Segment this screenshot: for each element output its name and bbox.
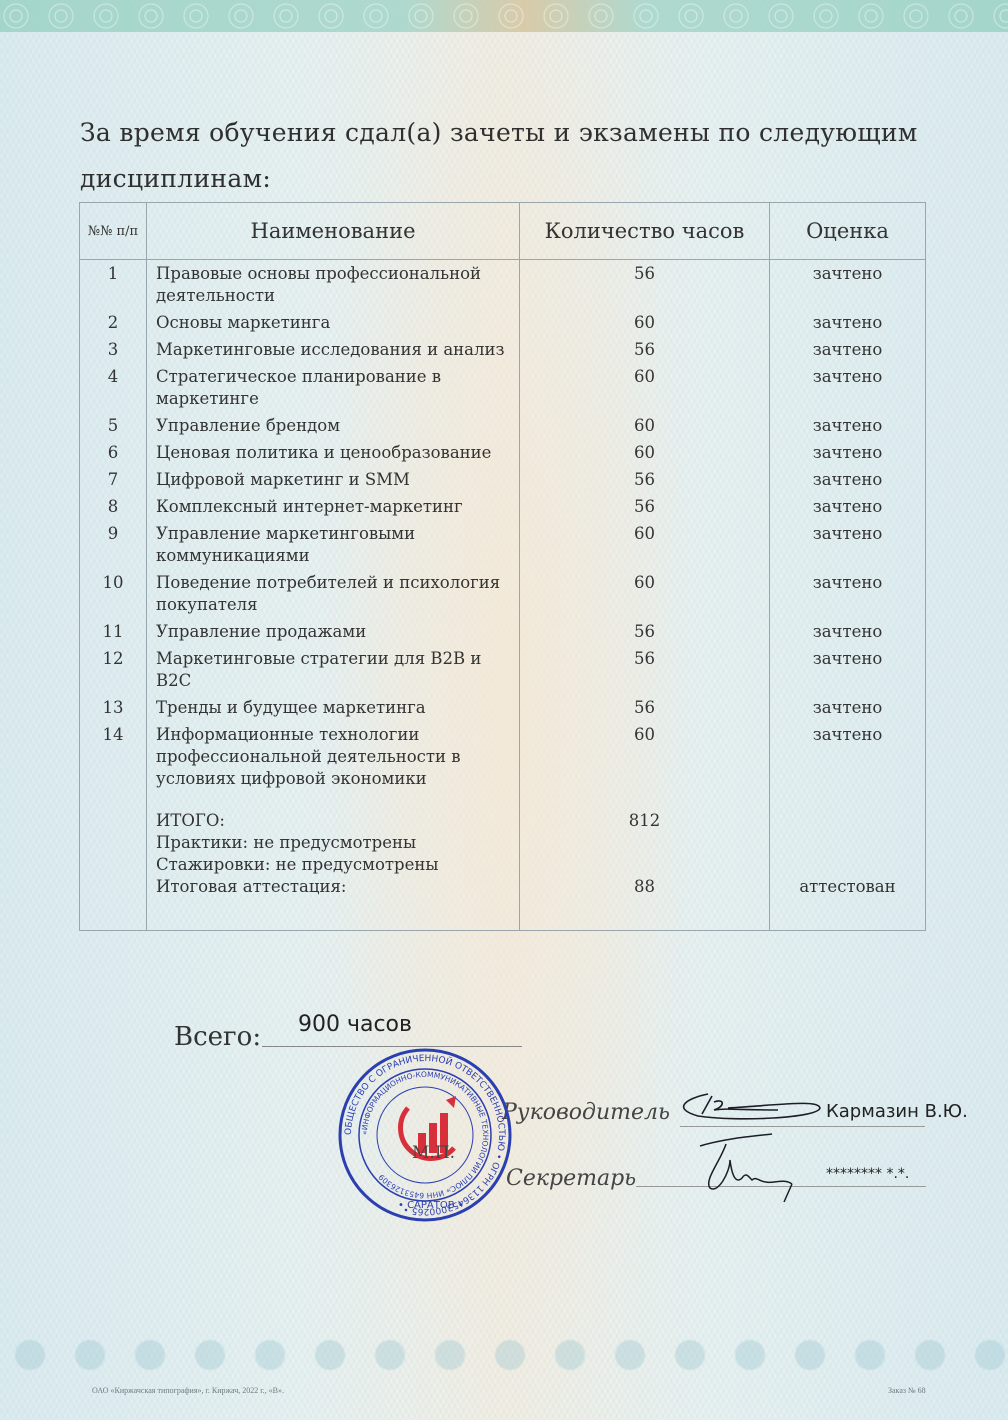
row-number: 9 [80,520,147,569]
row-grade: зачтено [770,336,926,363]
table-row: 8Комплексный интернет-маркетинг56зачтено [80,493,926,520]
row-discipline-name: Комплексный интернет-маркетинг [147,493,520,520]
header-name: Наименование [147,203,520,260]
summary-name-cell: ИТОГО: Практики: не предусмотрены Стажир… [147,792,520,931]
table-row: 1Правовые основы профессиональной деятел… [80,260,926,310]
row-grade: зачтено [770,412,926,439]
summary-row: ИТОГО: Практики: не предусмотрены Стажир… [80,792,926,931]
practice-text: Практики: не предусмотрены [156,832,509,854]
row-grade: зачтено [770,466,926,493]
row-hours: 60 [520,363,770,412]
row-number: 10 [80,569,147,618]
row-discipline-name: Ценовая политика и ценообразование [147,439,520,466]
summary-num-cell [80,792,147,931]
row-number: 11 [80,618,147,645]
row-discipline-name: Маркетинговые стратегии для B2B и B2C [147,645,520,694]
row-hours: 60 [520,412,770,439]
total-underline [262,1046,522,1047]
table-row: 11Управление продажами56зачтено [80,618,926,645]
row-discipline-name: Тренды и будущее маркетинга [147,694,520,721]
table-header-row: №№ п/п Наименование Количество часов Оце… [80,203,926,260]
table-row: 14Информационные технологии профессионал… [80,721,926,792]
organization-stamp-icon: ОБЩЕСТВО С ОГРАНИЧЕННОЙ ОТВЕТСТВЕННОСТЬЮ… [338,1048,512,1222]
table-row: 7Цифровой маркетинг и SMM56зачтено [80,466,926,493]
row-number: 14 [80,721,147,792]
row-number: 7 [80,466,147,493]
row-discipline-name: Правовые основы профессиональной деятель… [147,260,520,310]
row-number: 12 [80,645,147,694]
head-name: Кармазин В.Ю. [826,1101,968,1122]
row-grade: зачтено [770,618,926,645]
summary-hours-cell: 812 88 [520,792,770,931]
secretary-name: ******** *.*. [826,1166,909,1182]
spacer [770,810,925,832]
final-hours: 88 [520,876,769,898]
row-number: 5 [80,412,147,439]
table-row: 9Управление маркетинговыми коммуникациям… [80,520,926,569]
total-value: 900 часов [298,1012,412,1037]
row-hours: 56 [520,336,770,363]
row-discipline-name: Маркетинговые исследования и анализ [147,336,520,363]
row-number: 4 [80,363,147,412]
header-grade: Оценка [770,203,926,260]
row-grade: зачтено [770,569,926,618]
row-discipline-name: Управление маркетинговыми коммуникациями [147,520,520,569]
row-hours: 60 [520,309,770,336]
final-attestation-label: Итоговая аттестация: [156,876,509,898]
table-row: 3Маркетинговые исследования и анализ56за… [80,336,926,363]
row-grade: зачтено [770,694,926,721]
total-hours: 812 [520,810,769,832]
table-row: 10Поведение потребителей и психология по… [80,569,926,618]
row-discipline-name: Управление брендом [147,412,520,439]
row-hours: 56 [520,260,770,310]
row-discipline-name: Поведение потребителей и психология поку… [147,569,520,618]
spacer [520,854,769,876]
row-hours: 60 [520,569,770,618]
row-discipline-name: Управление продажами [147,618,520,645]
header-number: №№ п/п [80,203,147,260]
row-number: 6 [80,439,147,466]
table-row: 5Управление брендом60зачтено [80,412,926,439]
final-grade: аттестован [770,876,925,898]
row-hours: 56 [520,645,770,694]
table-body: 1Правовые основы профессиональной деятел… [80,260,926,793]
page-heading: За время обучения сдал(а) зачеты и экзам… [80,110,940,202]
order-number-footer: Заказ № 68 [888,1386,926,1395]
row-hours: 60 [520,520,770,569]
seal-label: М.П. [412,1143,455,1163]
row-hours: 56 [520,618,770,645]
row-hours: 56 [520,493,770,520]
row-hours: 60 [520,721,770,792]
secretary-signature-icon [696,1132,806,1204]
table-row: 13Тренды и будущее маркетинга56зачтено [80,694,926,721]
total-label: Всего: [174,1022,261,1052]
table-row: 4Стратегическое планирование в маркетинг… [80,363,926,412]
svg-text:• САРАТОВ •: • САРАТОВ • [398,1200,464,1211]
decorative-top-border [0,0,1008,32]
row-discipline-name: Информационные технологии профессиональн… [147,721,520,792]
decorative-bottom-pattern [0,1320,1008,1390]
internship-text: Стажировки: не предусмотрены [156,854,509,876]
row-discipline-name: Стратегическое планирование в маркетинге [147,363,520,412]
table-row: 6Ценовая политика и ценообразование60зач… [80,439,926,466]
row-discipline-name: Цифровой маркетинг и SMM [147,466,520,493]
spacer [770,832,925,854]
header-hours: Количество часов [520,203,770,260]
row-number: 1 [80,260,147,310]
row-number: 8 [80,493,147,520]
head-signature-icon [668,1088,828,1124]
head-role-label: Руководитель [502,1100,670,1125]
table-row: 12Маркетинговые стратегии для B2B и B2C5… [80,645,926,694]
row-discipline-name: Основы маркетинга [147,309,520,336]
row-grade: зачтено [770,493,926,520]
disciplines-table: №№ п/п Наименование Количество часов Оце… [79,202,926,931]
row-hours: 56 [520,694,770,721]
total-label: ИТОГО: [156,810,509,832]
printer-footer: ОАО «Киржачская типография», г. Киржач, … [92,1386,284,1395]
row-grade: зачтено [770,520,926,569]
row-number: 3 [80,336,147,363]
row-grade: зачтено [770,645,926,694]
row-number: 13 [80,694,147,721]
head-signature-line [680,1126,925,1127]
row-hours: 56 [520,466,770,493]
row-grade: зачтено [770,260,926,310]
row-grade: зачтено [770,721,926,792]
row-number: 2 [80,309,147,336]
row-grade: зачтено [770,439,926,466]
spacer [770,854,925,876]
secretary-role-label: Секретарь [506,1166,636,1191]
row-grade: зачтено [770,309,926,336]
table-row: 2Основы маркетинга60зачтено [80,309,926,336]
row-hours: 60 [520,439,770,466]
spacer [520,832,769,854]
row-grade: зачтено [770,363,926,412]
summary-grade-cell: аттестован [770,792,926,931]
